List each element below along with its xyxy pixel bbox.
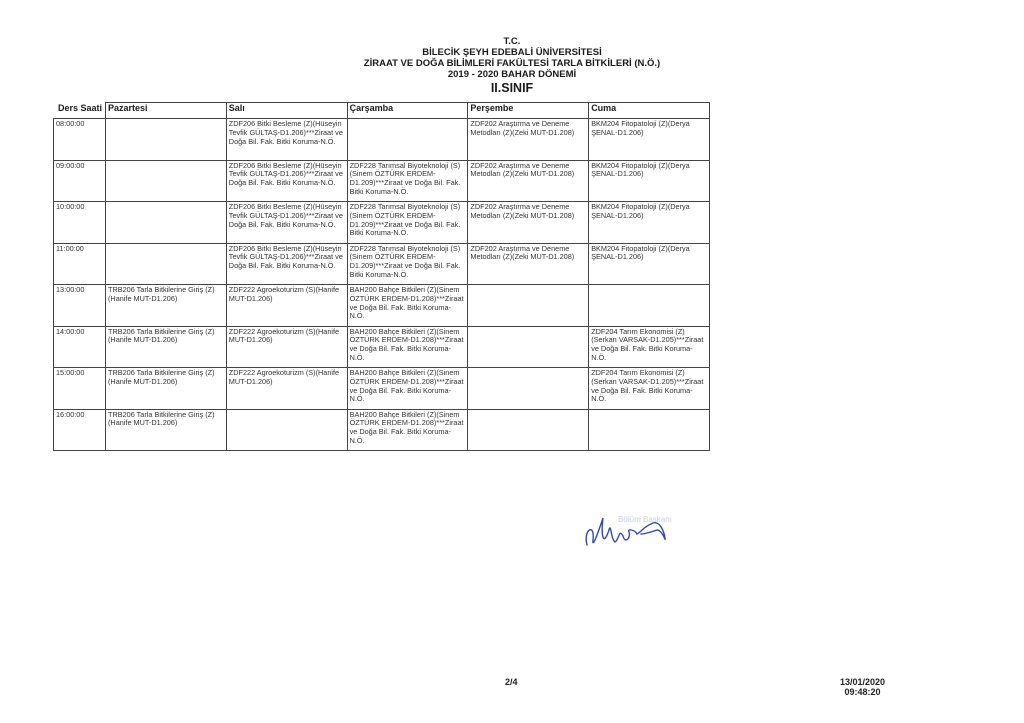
schedule-body: 08:00:00ZDF206 Bitki Besleme (Z)(Hüseyin…	[54, 119, 710, 451]
course-cell	[106, 243, 227, 285]
course-cell: BAH200 Bahçe Bitkileri (Z)(Sinem ÖZTÜRK …	[347, 285, 468, 327]
course-cell: ZDF206 Bitki Besleme (Z)(Hüseyin Tevfik …	[226, 160, 347, 202]
print-date: 13/01/2020	[840, 677, 885, 687]
print-timestamp: 13/01/2020 09:48:20	[840, 677, 885, 697]
course-cell	[106, 160, 227, 202]
column-header: Cuma	[589, 103, 710, 119]
column-header: Salı	[226, 103, 347, 119]
signature-scribble-icon	[565, 500, 725, 560]
course-cell: BKM204 Fitopatoloji (Z)(Derya ŞENAL-D1.2…	[589, 119, 710, 161]
course-cell	[589, 409, 710, 451]
table-row: 13:00:00TRB206 Tarla Bitkilerine Giriş (…	[54, 285, 710, 327]
course-cell: TRB206 Tarla Bitkilerine Giriş (Z)(Hanif…	[106, 368, 227, 410]
column-header: Çarşamba	[347, 103, 468, 119]
course-cell: ZDF228 Tarımsal Biyoteknoloji (S)(Sinem …	[347, 160, 468, 202]
course-cell: ZDF202 Araştırma ve Deneme Metodları (Z)…	[468, 160, 589, 202]
header-faculty-department: ZİRAAT VE DOĞA BİLİMLERİ FAKÜLTESİ TARLA…	[0, 58, 1024, 69]
course-cell: ZDF202 Araştırma ve Deneme Metodları (Z)…	[468, 202, 589, 244]
course-cell: BAH200 Bahçe Bitkileri (Z)(Sinem ÖZTÜRK …	[347, 409, 468, 451]
course-cell: ZDF204 Tarım Ekonomisi (Z)(Serkan VARSAK…	[589, 326, 710, 368]
schedule-table: Ders SaatiPazartesiSalıÇarşambaPerşembeC…	[53, 102, 710, 451]
course-cell	[347, 119, 468, 161]
time-cell: 10:00:00	[54, 202, 106, 244]
course-cell: BKM204 Fitopatoloji (Z)(Derya ŞENAL-D1.2…	[589, 160, 710, 202]
course-cell: TRB206 Tarla Bitkilerine Giriş (Z)(Hanif…	[106, 326, 227, 368]
course-cell: TRB206 Tarla Bitkilerine Giriş (Z)(Hanif…	[106, 285, 227, 327]
course-cell: ZDF206 Bitki Besleme (Z)(Hüseyin Tevfik …	[226, 119, 347, 161]
course-cell	[468, 368, 589, 410]
course-cell	[226, 409, 347, 451]
course-cell	[106, 119, 227, 161]
signature: Bölüm Başkanı	[565, 500, 725, 560]
course-cell	[106, 202, 227, 244]
time-cell: 11:00:00	[54, 243, 106, 285]
header-class: II.SINIF	[0, 81, 1024, 95]
course-cell	[468, 285, 589, 327]
time-cell: 08:00:00	[54, 119, 106, 161]
course-cell: ZDF222 Agroekoturizm (S)(Hanife MUT-D1.2…	[226, 326, 347, 368]
course-cell: TRB206 Tarla Bitkilerine Giriş (Z)(Hanif…	[106, 409, 227, 451]
print-time: 09:48:20	[840, 687, 885, 697]
course-cell: ZDF228 Tarımsal Biyoteknoloji (S)(Sinem …	[347, 202, 468, 244]
course-cell: ZDF222 Agroekoturizm (S)(Hanife MUT-D1.2…	[226, 368, 347, 410]
column-header: Perşembe	[468, 103, 589, 119]
table-row: 08:00:00ZDF206 Bitki Besleme (Z)(Hüseyin…	[54, 119, 710, 161]
course-cell: BAH200 Bahçe Bitkileri (Z)(Sinem ÖZTÜRK …	[347, 368, 468, 410]
time-cell: 16:00:00	[54, 409, 106, 451]
course-cell: ZDF206 Bitki Besleme (Z)(Hüseyin Tevfik …	[226, 202, 347, 244]
course-cell: BAH200 Bahçe Bitkileri (Z)(Sinem ÖZTÜRK …	[347, 326, 468, 368]
course-cell	[589, 285, 710, 327]
course-cell: BKM204 Fitopatoloji (Z)(Derya ŞENAL-D1.2…	[589, 243, 710, 285]
page-number: 2/4	[505, 677, 518, 687]
course-cell	[468, 409, 589, 451]
time-cell: 15:00:00	[54, 368, 106, 410]
column-header: Ders Saati	[54, 103, 106, 119]
column-header: Pazartesi	[106, 103, 227, 119]
header-term: 2019 - 2020 BAHAR DÖNEMİ	[0, 69, 1024, 80]
course-cell: ZDF202 Araştırma ve Deneme Metodları (Z)…	[468, 243, 589, 285]
course-cell	[468, 326, 589, 368]
table-row: 11:00:00ZDF206 Bitki Besleme (Z)(Hüseyin…	[54, 243, 710, 285]
table-row: 16:00:00TRB206 Tarla Bitkilerine Giriş (…	[54, 409, 710, 451]
time-cell: 09:00:00	[54, 160, 106, 202]
table-row: 14:00:00TRB206 Tarla Bitkilerine Giriş (…	[54, 326, 710, 368]
course-cell: ZDF206 Bitki Besleme (Z)(Hüseyin Tevfik …	[226, 243, 347, 285]
header-university: BİLECİK ŞEYH EDEBALİ ÜNİVERSİTESİ	[0, 47, 1024, 58]
course-cell: ZDF222 Agroekoturizm (S)(Hanife MUT-D1.2…	[226, 285, 347, 327]
table-row: 09:00:00ZDF206 Bitki Besleme (Z)(Hüseyin…	[54, 160, 710, 202]
table-row: 15:00:00TRB206 Tarla Bitkilerine Giriş (…	[54, 368, 710, 410]
course-cell: ZDF228 Tarımsal Biyoteknoloji (S)(Sinem …	[347, 243, 468, 285]
schedule-header-row: Ders SaatiPazartesiSalıÇarşambaPerşembeC…	[54, 103, 710, 119]
course-cell: ZDF204 Tarım Ekonomisi (Z)(Serkan VARSAK…	[589, 368, 710, 410]
time-cell: 14:00:00	[54, 326, 106, 368]
table-row: 10:00:00ZDF206 Bitki Besleme (Z)(Hüseyin…	[54, 202, 710, 244]
time-cell: 13:00:00	[54, 285, 106, 327]
course-cell: ZDF202 Araştırma ve Deneme Metodları (Z)…	[468, 119, 589, 161]
course-cell: BKM204 Fitopatoloji (Z)(Derya ŞENAL-D1.2…	[589, 202, 710, 244]
header-tc: T.C.	[0, 36, 1024, 47]
